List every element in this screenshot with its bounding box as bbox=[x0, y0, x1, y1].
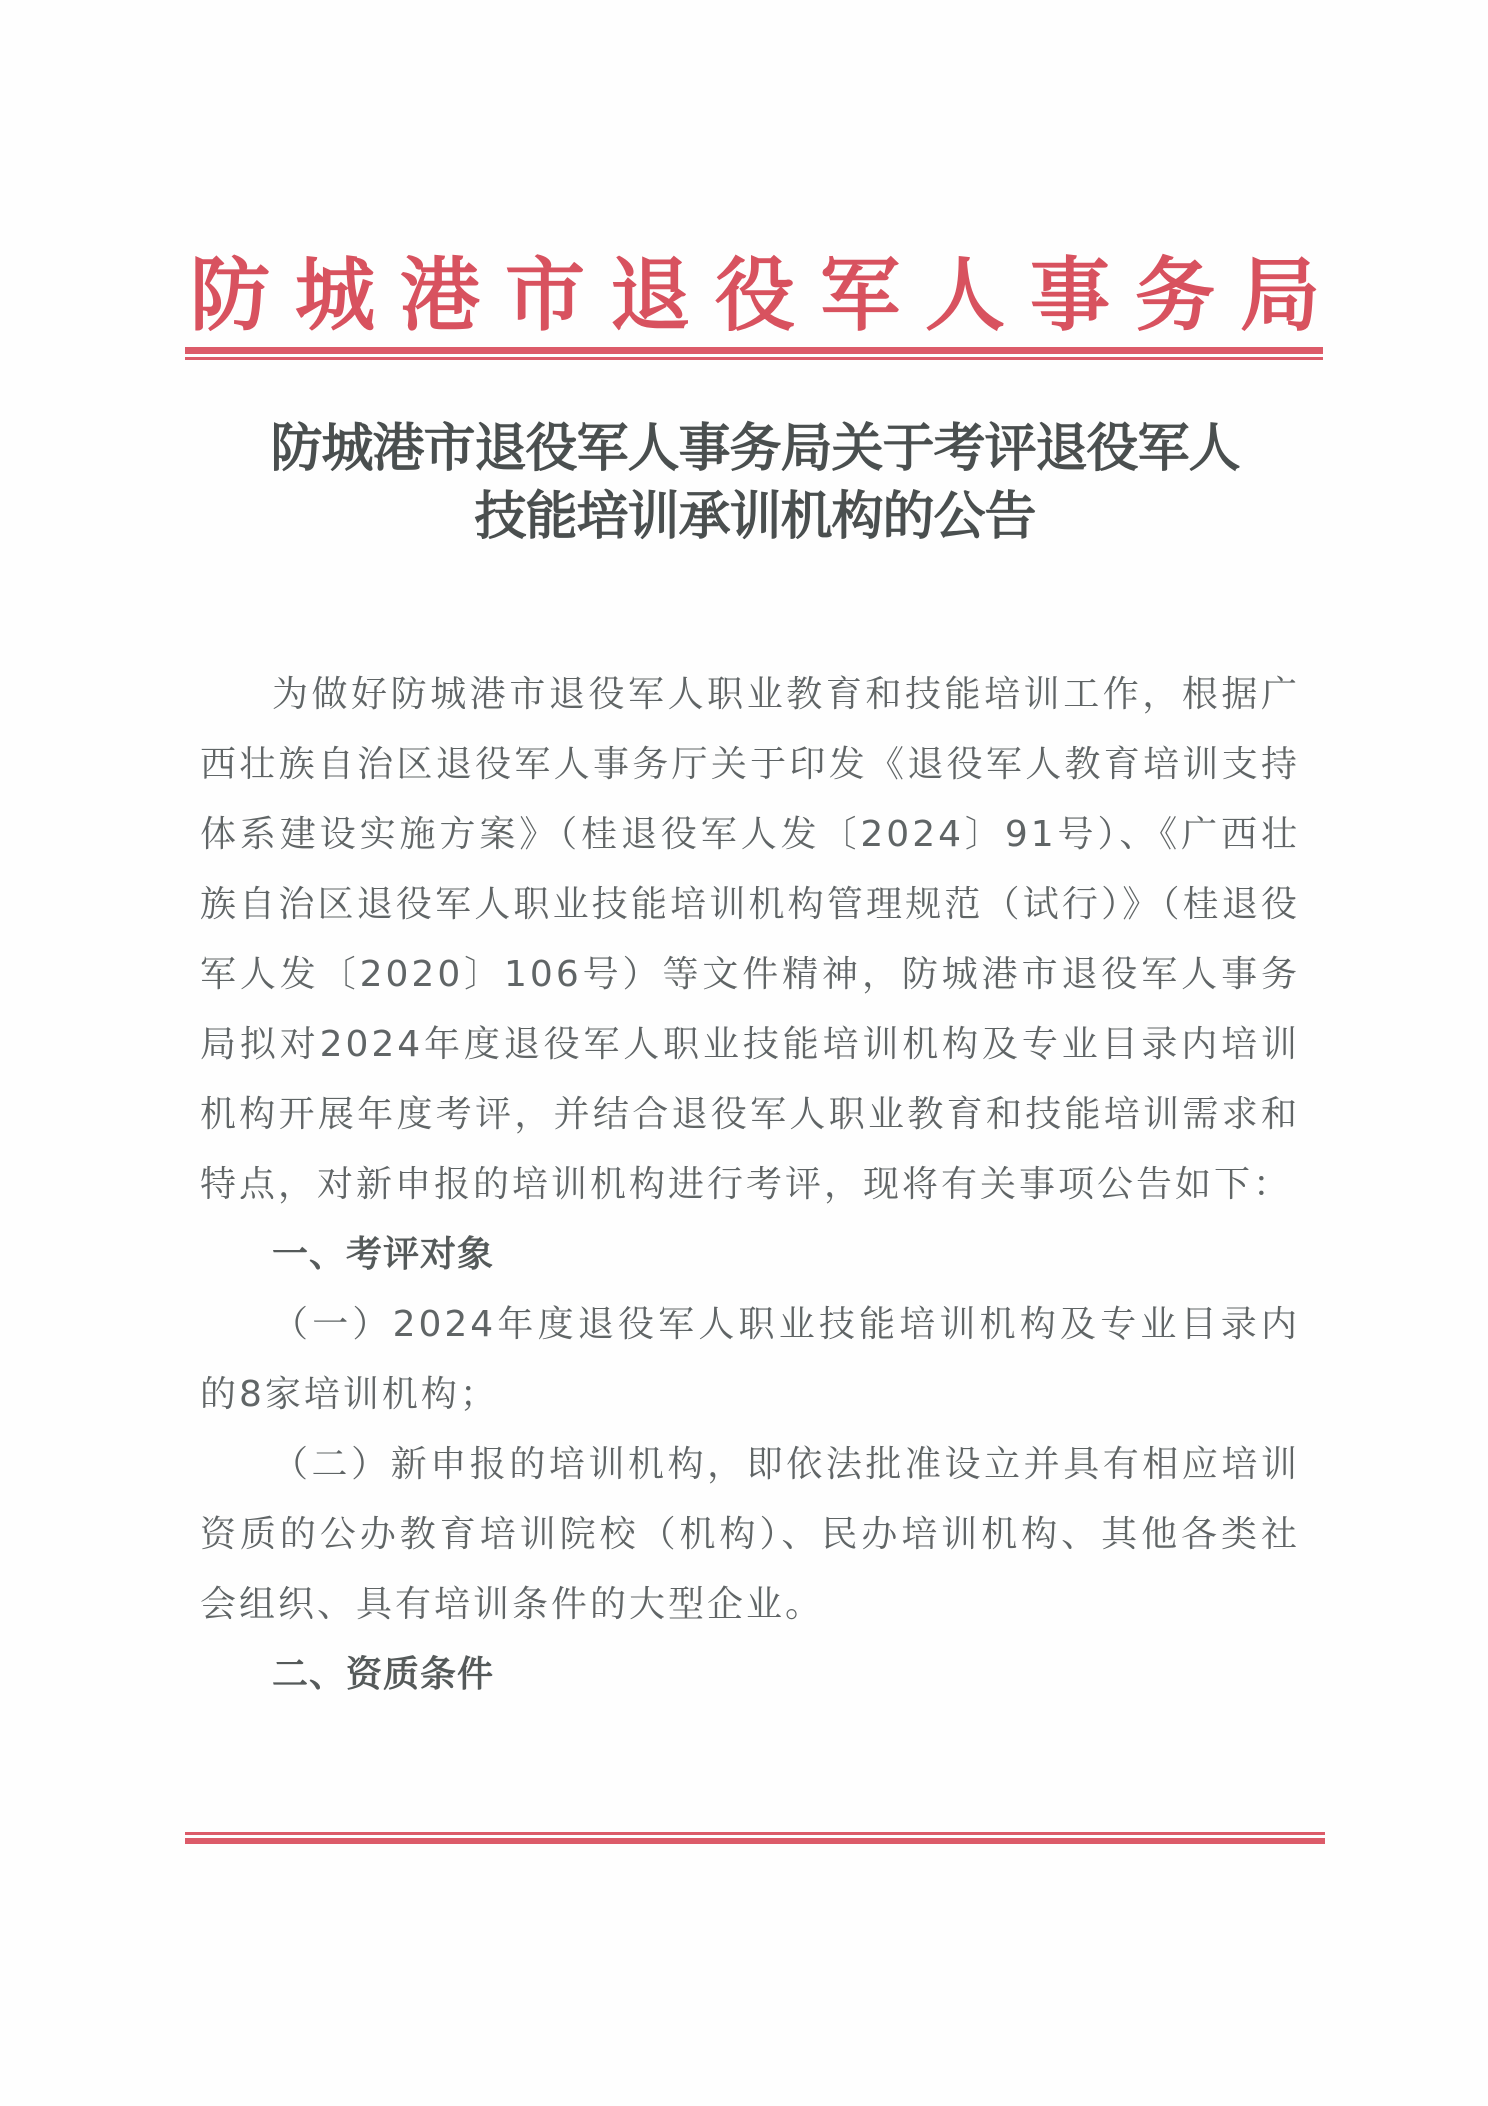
masthead-char: 城 bbox=[295, 250, 375, 340]
document-title: 防城港市退役军人事务局关于考评退役军人 技能培训承训机构的公告 bbox=[190, 415, 1320, 551]
masthead-char: 港 bbox=[400, 250, 480, 340]
title-line-1: 防城港市退役军人事务局关于考评退役军人 bbox=[190, 415, 1320, 483]
divider-thick-line bbox=[185, 1838, 1325, 1844]
footer-divider bbox=[185, 1832, 1325, 1846]
document-page: 防 城 港 市 退 役 军 人 事 务 局 防城港市退役军人事务局关于考评退役军… bbox=[0, 0, 1488, 2106]
intro-paragraph: 为做好防城港市退役军人职业教育和技能培训工作，根据广西壮族自治区退役军人事务厅关… bbox=[200, 660, 1300, 1220]
divider-thick-line bbox=[185, 347, 1323, 354]
section-1-item-1: （一）2024年度退役军人职业技能培训机构及专业目录内的8家培训机构； bbox=[200, 1290, 1300, 1430]
section-heading-2: 二、资质条件 bbox=[200, 1640, 1300, 1710]
masthead-divider bbox=[185, 347, 1323, 361]
masthead-char: 役 bbox=[715, 250, 795, 340]
section-1-item-2: （二）新申报的培训机构，即依法批准设立并具有相应培训资质的公办教育培训院校（机构… bbox=[200, 1430, 1300, 1640]
masthead-char: 防 bbox=[190, 250, 270, 340]
document-body: 为做好防城港市退役军人职业教育和技能培训工作，根据广西壮族自治区退役军人事务厅关… bbox=[200, 660, 1300, 1710]
issuer-masthead: 防 城 港 市 退 役 军 人 事 务 局 bbox=[190, 250, 1320, 340]
masthead-char: 市 bbox=[505, 250, 585, 340]
divider-thin-line bbox=[185, 357, 1323, 360]
masthead-char: 军 bbox=[820, 250, 900, 340]
masthead-char: 事 bbox=[1030, 250, 1110, 340]
masthead-char: 局 bbox=[1240, 250, 1320, 340]
section-heading-1: 一、考评对象 bbox=[200, 1220, 1300, 1290]
masthead-char: 退 bbox=[610, 250, 690, 340]
masthead-char: 务 bbox=[1135, 250, 1215, 340]
divider-thin-line bbox=[185, 1832, 1325, 1835]
title-line-2: 技能培训承训机构的公告 bbox=[190, 483, 1320, 551]
masthead-char: 人 bbox=[925, 250, 1005, 340]
